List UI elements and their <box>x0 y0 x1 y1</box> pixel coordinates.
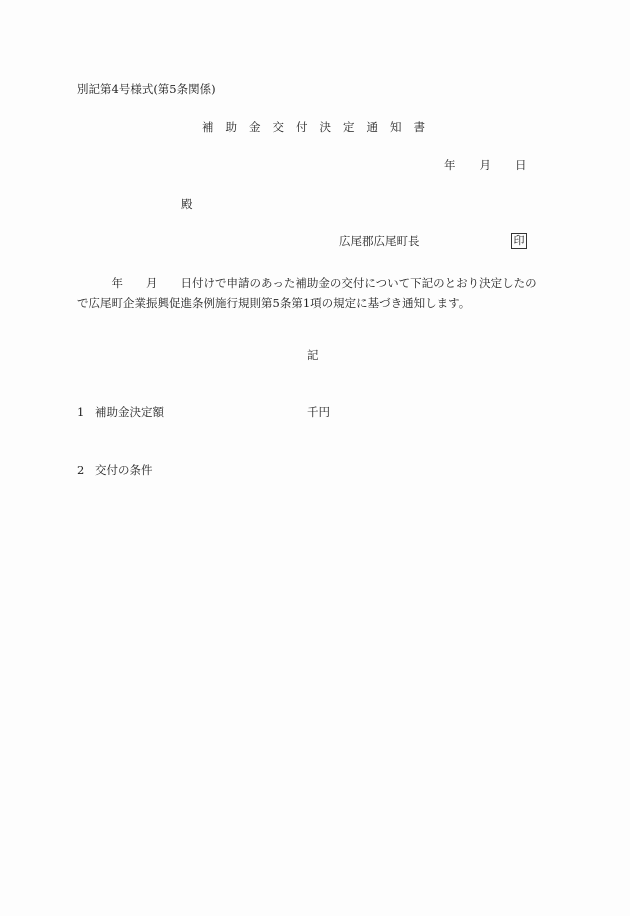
title-char: 書 <box>414 122 438 134</box>
title-char: 決 <box>320 122 344 134</box>
title-char: 付 <box>296 122 320 134</box>
item-conditions: 2交付の条件 <box>77 465 153 477</box>
year-label: 年 <box>444 160 456 172</box>
addressee-suffix: 殿 <box>181 199 193 211</box>
title-char: 定 <box>343 122 367 134</box>
body-line-2: で広尾町企業振興促進条例施行規則第5条第1項の規定に基づき通知します。 <box>77 293 557 313</box>
title-char: 知 <box>390 122 414 134</box>
item-subsidy-amount: 1補助金決定額 <box>77 407 164 419</box>
title-char: 交 <box>273 122 297 134</box>
seal-mark: 印 <box>511 233 527 249</box>
form-label: 別記第4号様式(第5条関係) <box>77 84 216 96</box>
date-line: 年月日 <box>444 160 527 172</box>
document-title: 補助金交付決定通知書 <box>202 122 437 134</box>
title-char: 助 <box>226 122 250 134</box>
item-unit: 千円 <box>307 407 330 419</box>
title-char: 金 <box>249 122 273 134</box>
item-number: 1 <box>77 407 95 419</box>
issuer-name: 広尾郡広尾町長 <box>339 236 420 248</box>
title-char: 通 <box>367 122 391 134</box>
item-label: 交付の条件 <box>95 463 153 477</box>
record-mark: 記 <box>307 350 319 362</box>
month-label: 月 <box>480 160 492 172</box>
item-number: 2 <box>77 465 95 477</box>
body-line-1: 年 月 日付けで申請のあった補助金の交付について下記のとおり決定したの <box>77 273 557 293</box>
day-label: 日 <box>515 160 527 172</box>
title-char: 補 <box>202 122 226 134</box>
body-paragraph: 年 月 日付けで申請のあった補助金の交付について下記のとおり決定したの で広尾町… <box>77 273 557 313</box>
item-label: 補助金決定額 <box>95 405 164 419</box>
